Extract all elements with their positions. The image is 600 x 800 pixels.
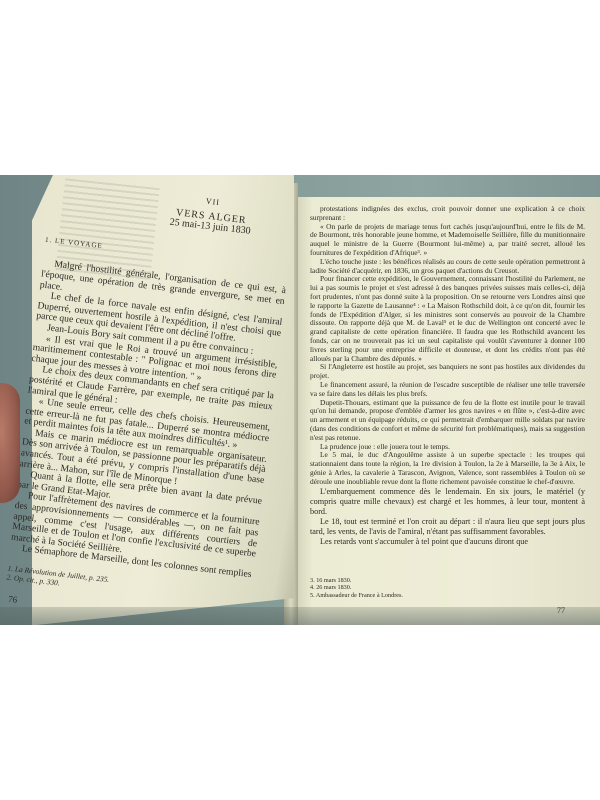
left-page-text: VII VERS ALGER 25 mai-13 juin 1830 1. LE… bbox=[4, 179, 296, 625]
paragraph: « On parle de projets de mariage tenus f… bbox=[310, 223, 585, 258]
paragraph: Pour financer cette expédition, le Gouve… bbox=[310, 275, 585, 363]
paragraph: Si l'Angleterre est hostile au projet, s… bbox=[310, 363, 585, 381]
paragraph: Le financement assuré, la réunion de l'e… bbox=[310, 381, 585, 399]
paragraph: protestations indignées des exclus, croi… bbox=[310, 205, 585, 223]
footnote: 4. 26 mars 1830. bbox=[310, 584, 585, 592]
book-photo: VII VERS ALGER 25 mai-13 juin 1830 1. LE… bbox=[0, 175, 600, 625]
footnote: 5. Ambassadeur de France à Londres. bbox=[310, 592, 585, 600]
paragraph: Le 5 mai, le duc d'Angoulême assiste à u… bbox=[310, 451, 585, 486]
footnote: 3. 16 mars 1830. bbox=[310, 577, 585, 585]
paragraph: Le 18, tout est terminé et l'on croit au… bbox=[310, 517, 585, 537]
paragraph: Les retards vont s'accumuler à tel point… bbox=[310, 537, 585, 547]
paragraph: Dupetit-Thouars, estimant que la puissan… bbox=[310, 399, 585, 443]
paragraph: L'embarquement commence dès le lendemain… bbox=[310, 487, 585, 517]
footnotes: 3. 16 mars 1830. 4. 26 mars 1830. 5. Amb… bbox=[310, 577, 585, 600]
page-edge-shadow bbox=[0, 607, 600, 625]
thumb bbox=[0, 383, 20, 503]
paragraph: L'écho touche juste : les bénéfices réal… bbox=[310, 258, 585, 276]
right-page-text: protestations indignées des exclus, croi… bbox=[310, 205, 585, 616]
